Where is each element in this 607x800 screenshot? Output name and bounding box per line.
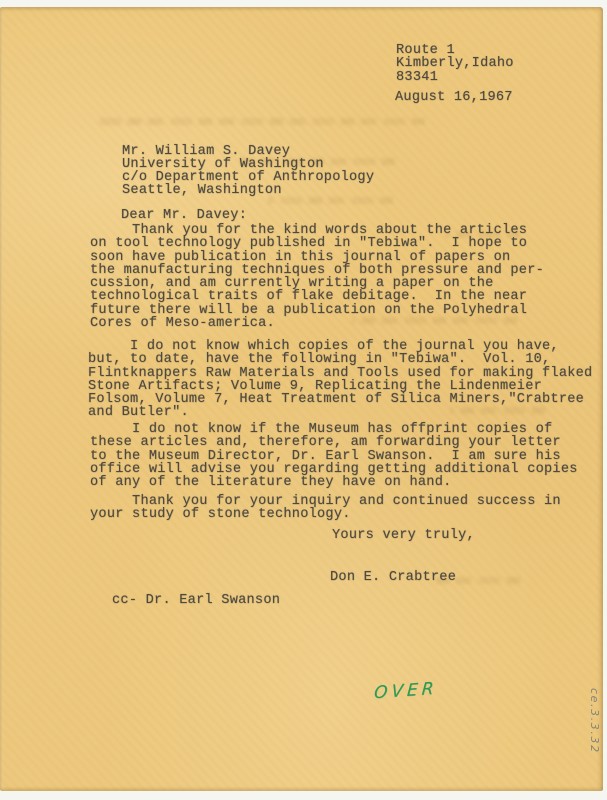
salutation: Dear Mr. Davey:	[121, 209, 247, 222]
body-paragraph-1: Thank you for the kind words about the a…	[90, 224, 544, 330]
letter-page: Route 1 Kimberly,Idaho 83341 August 16,1…	[0, 7, 603, 791]
body-paragraph-2: I do not know which copies of the journa…	[88, 340, 592, 420]
date-line: August 16,1967	[395, 91, 513, 104]
ink-bleedthrough-smudge	[95, 118, 425, 125]
signature-name: Don E. Crabtree	[330, 571, 456, 584]
catalog-number: ce.3.3.32	[588, 688, 601, 754]
cc-line: cc- Dr. Earl Swanson	[112, 594, 280, 607]
recipient-address: Mr. William S. Davey University of Washi…	[122, 145, 374, 197]
handwritten-over-note: OVER	[373, 679, 438, 704]
closing-line: Yours very truly,	[332, 529, 475, 542]
return-address: Route 1 Kimberly,Idaho 83341	[396, 44, 514, 84]
ink-bleedthrough-smudge	[268, 197, 393, 204]
body-paragraph-4: Thank you for your inquiry and continued…	[90, 495, 561, 522]
body-paragraph-3: I do not know if the Museum has offprint…	[90, 423, 578, 489]
